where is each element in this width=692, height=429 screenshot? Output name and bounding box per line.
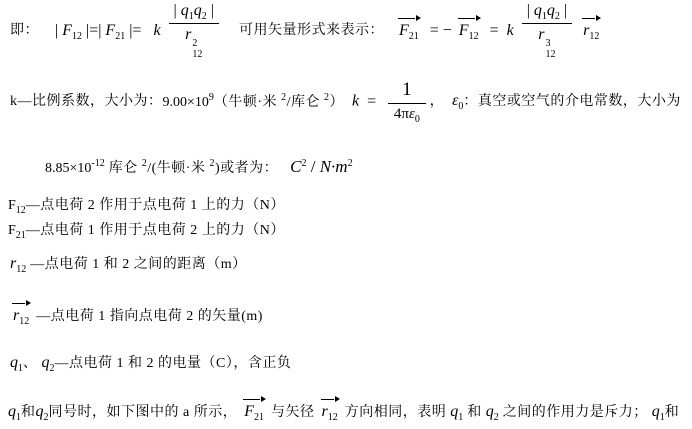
coulomb-symbol: C — [290, 157, 301, 176]
q1-symbol: q1 — [8, 403, 21, 420]
fraction-one-over-4pi-eps0: 1 4πε0 — [388, 79, 426, 125]
subscript-12: 12 — [16, 205, 26, 216]
r12-distance-definition-line: r12 —点电荷 1 和 2 之间的距离（m） — [10, 254, 247, 277]
repulsion-statement-line: q1和q2同号时，如下图中的 a 所示， F21 与矢径 r12 方向相同，表明… — [8, 402, 679, 425]
same-direction-text: 方向相同，表明 — [341, 405, 451, 420]
subscript-12: 12 — [589, 31, 599, 42]
q1-symbol: q — [181, 2, 189, 19]
and-text: 和 — [21, 405, 36, 420]
epsilon0-description: 真空或空气的介电常数，大小为 — [478, 93, 681, 111]
abs-bar: | — [55, 22, 58, 39]
q2-symbol: q2 — [42, 354, 55, 371]
eps-exponent: -12 — [91, 158, 104, 169]
q2-symbol: q — [194, 2, 202, 19]
unit-newton-meter: （牛顿·米 — [214, 95, 281, 110]
q2-symbol: q2 — [36, 403, 49, 420]
subscript-12: 12 — [19, 316, 29, 327]
fraction-numerator: | q1q2 | — [169, 2, 219, 25]
or-alternatively-label: )或者为： — [215, 161, 278, 176]
vector-form-label: 可用矢量形式来表示： — [239, 22, 384, 40]
epsilon0-symbol: ε0 — [452, 91, 463, 114]
r12-vector-definition-line: r12 —点电荷 1 指向点电荷 2 的矢量(m) — [10, 306, 263, 329]
force-symbol-f12: F — [459, 22, 469, 39]
subscript-12: 12 — [328, 412, 338, 423]
f12-definition-line: F12—点电荷 2 作用于点电荷 1 上的力（N） — [8, 195, 285, 218]
vector-equation: F21 =− F12 = k | q1q2 | r312 r12 — [396, 2, 602, 61]
abs-bar: | — [527, 2, 530, 19]
abs-bar: | — [564, 2, 567, 19]
abs-eq-abs: |=| — [86, 22, 101, 39]
subscript-21: 21 — [254, 412, 264, 423]
four-pi: 4π — [394, 106, 409, 122]
coulomb-law-equation-line: 即： | F12 |=| F21 |= k | q1q2 | r212 可用矢量… — [10, 6, 602, 56]
subscript-12: 12 — [192, 50, 202, 61]
epsilon0-units: 库仑 2/(牛顿·米 2)或者为： — [109, 161, 278, 176]
colon: ： — [463, 93, 478, 111]
q1-symbol: q — [534, 2, 542, 19]
q-symbol: q — [42, 354, 50, 371]
k-symbol: k — [352, 93, 359, 110]
force-symbol: F — [244, 403, 254, 420]
equals-sign: = — [363, 93, 380, 110]
k-formula: k = 1 4πε0 — [352, 79, 430, 125]
magnitude-equation: | F12 |=| F21 |= k | q1q2 | r212 — [55, 2, 223, 61]
si-unit-expression: C2 / N·m2 — [290, 159, 352, 176]
unit-per-coulomb: /库仑 — [287, 95, 324, 110]
f21-definition-line: F21—点电荷 1 作用于点电荷 2 上的力（N） — [8, 220, 285, 243]
subscript-21: 21 — [115, 31, 125, 42]
and-text: 和 — [463, 405, 486, 420]
subscript-12: 12 — [546, 50, 556, 61]
r12-vector-description: —点电荷 1 指向点电荷 2 的矢量(m) — [32, 309, 263, 324]
charge-description: —点电荷 1 和 2 的电量（C），含正负 — [55, 356, 292, 371]
fraction-denominator: r312 — [533, 24, 560, 60]
k-mantissa: 9.00×10 — [163, 95, 209, 110]
r12-squared-scripts: 212 — [192, 39, 202, 60]
k-coefficient-line: k—比例系数，大小为： 9.00×109 （牛顿·米 2/库仑 2） k = 1… — [10, 78, 681, 126]
subscript-2: 2 — [555, 11, 560, 22]
f21-description: —点电荷 1 作用于点电荷 2 上的力（N） — [26, 223, 285, 238]
q2-symbol: q — [547, 2, 555, 19]
abs-eq: |= — [129, 22, 141, 39]
subscript-0: 0 — [415, 114, 420, 125]
physics-notes-document: 即： | F12 |=| F21 |= k | q1q2 | r212 可用矢量… — [0, 0, 692, 429]
r12-description: —点电荷 1 和 2 之间的距离（m） — [26, 257, 246, 272]
vector-f21: F21 — [399, 21, 419, 44]
k-coefficient-label: k—比例系数，大小为： — [10, 93, 163, 111]
abs-bar: | — [211, 2, 214, 19]
vector-r12: r12 — [583, 21, 599, 44]
fraction-numerator: | q1q2 | — [522, 2, 572, 25]
vector-f21: F21 — [244, 402, 264, 425]
q-symbol: q — [36, 403, 44, 420]
slash: / — [306, 157, 319, 176]
subscript-2: 2 — [202, 11, 207, 22]
force-symbol-f12: F — [62, 22, 72, 39]
f21-symbol: F21 — [8, 223, 26, 238]
equation-prefix: 即： — [10, 22, 39, 40]
abs-bar: | — [174, 2, 177, 19]
force-symbol: F — [8, 198, 16, 213]
q2-symbol: q2 — [486, 403, 499, 420]
fraction-q1q2-over-r12cu: | q1q2 | r312 — [522, 2, 572, 61]
r-symbol: r — [538, 26, 544, 43]
k-symbol: k — [507, 22, 514, 39]
charge-definition-line: q1、 q2—点电荷 1 和 2 的电量（C），含正负 — [10, 353, 291, 376]
f12-symbol: F12 — [8, 198, 26, 213]
k-value: 9.00×109 — [163, 92, 214, 112]
q1-symbol: q1 — [652, 403, 665, 420]
epsilon0-value: 8.85×10-12 — [45, 161, 105, 176]
force-symbol-f21: F — [105, 22, 115, 39]
fraction-denominator: 4πε0 — [389, 104, 425, 125]
enumeration-comma: 、 — [23, 356, 42, 371]
epsilon0-value-line: 8.85×10-12 库仑 2/(牛顿·米 2)或者为： C2 / N·m2 — [45, 156, 353, 178]
fraction-denominator: r212 — [180, 24, 207, 60]
eps-mantissa: 8.85×10 — [45, 161, 91, 176]
vector-r12: r12 — [322, 402, 338, 425]
subscript-21: 21 — [16, 230, 26, 241]
k-units: （牛顿·米 2/库仑 2） — [214, 92, 344, 112]
superscript-2: 2 — [348, 158, 353, 169]
unit-coulomb: 库仑 — [109, 161, 142, 176]
unit-per-newton-meter: /(牛顿·米 — [147, 161, 209, 176]
force-symbol: F — [8, 223, 16, 238]
r-symbol: r — [185, 26, 191, 43]
same-sign-text: 同号时，如下图中的 a 所示， — [49, 405, 242, 420]
equals-sign: = — [426, 22, 443, 39]
minus-sign: − — [443, 22, 452, 39]
subscript-21: 21 — [409, 31, 419, 42]
f12-description: —点电荷 2 作用于点电荷 1 上的力（N） — [26, 198, 285, 213]
vector-f12: F12 — [459, 21, 479, 44]
fraction-q1q2-over-r12sq: | q1q2 | r212 — [169, 2, 219, 61]
q-symbol: q — [8, 403, 16, 420]
vector-r12: r12 — [13, 306, 29, 329]
equals-sign: = — [486, 22, 503, 39]
force-symbol-f21: F — [399, 22, 409, 39]
and-text: 和 — [665, 405, 680, 420]
q-symbol: q — [486, 403, 494, 420]
repulsive-force-text: 之间的作用力是斥力； — [499, 405, 652, 420]
subscript-12: 12 — [16, 264, 26, 275]
r12-cubed-scripts: 312 — [546, 39, 556, 60]
k-symbol: k — [153, 22, 160, 39]
q1-symbol: q1 — [450, 403, 463, 420]
fraction-numerator: 1 — [388, 79, 426, 104]
with-radius-vector-text: 与矢径 — [267, 405, 319, 420]
subscript-12: 12 — [469, 31, 479, 42]
q-symbol: q — [652, 403, 660, 420]
newton-meter-symbol: N·m — [320, 157, 348, 176]
comma: ， — [430, 93, 445, 111]
subscript-12: 12 — [72, 31, 82, 42]
r12-symbol: r12 — [10, 255, 26, 272]
q1-symbol: q1 — [10, 354, 23, 371]
q-symbol: q — [10, 354, 18, 371]
unit-close-paren: ） — [329, 95, 344, 110]
